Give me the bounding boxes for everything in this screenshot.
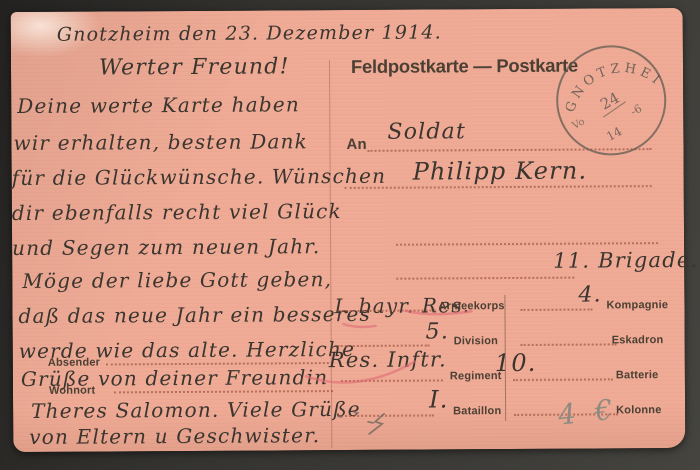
regiment-dotted-line (341, 379, 443, 382)
armeekorps-label: Armeekorps (438, 301, 504, 312)
postmark-day: 24 (597, 89, 622, 114)
message-line: wir erhalten, besten Dank (13, 131, 308, 153)
scan-background: Gnotzheim den 23. Dezember 1914. Werter … (0, 0, 700, 470)
wohnort-dotted-line (114, 390, 333, 393)
division-value: 5. (426, 321, 450, 343)
message-line: und Segen zum neuen Jahr. (12, 236, 320, 258)
eskadron-dotted-line (521, 343, 617, 346)
batterie-dotted-line (513, 378, 613, 381)
wohnort-label: Wohnort (49, 386, 95, 397)
postmark-ring (538, 27, 684, 173)
address-recipient-rank: Soldat (387, 121, 466, 143)
message-line: daß das neue Jahr ein besseres (18, 304, 371, 326)
absender-label: Absender (48, 358, 100, 369)
postmark-left-text: Vo (570, 116, 587, 132)
regiment-value: Res. Inftr. (329, 349, 447, 371)
message-line: Deine werte Karte haben (17, 94, 300, 116)
pencil-price-note: 4 € (557, 395, 619, 429)
message-line: Theres Salomon. Viele Grüße (31, 399, 361, 421)
address-dotted-line-4 (396, 277, 574, 280)
kompagnie-value: 4. (578, 284, 602, 306)
message-line: von Eltern u Geschwister. (29, 425, 320, 447)
address-dotted-line-3 (396, 242, 658, 246)
kompagnie-label: Kompagnie (606, 300, 668, 311)
an-label: An (346, 137, 366, 152)
postcard: Gnotzheim den 23. Dezember 1914. Werter … (11, 8, 686, 452)
bataillon-label: Bataillon (453, 406, 501, 417)
address-dotted-line-1 (368, 148, 652, 152)
brigade-handwriting: 11. Brigade. (553, 250, 698, 272)
address-recipient-name: Philipp Kern. (413, 159, 588, 184)
regiment-number: 10. (495, 351, 537, 375)
card-title: Feldpostkarte — Postkarte (351, 57, 578, 77)
address-dotted-line-2 (345, 185, 652, 189)
message-line: dir ebenfalls recht viel Glück (12, 201, 342, 223)
kolonne-label: Kolonne (616, 405, 661, 416)
message-line: Werter Freund! (99, 56, 290, 79)
bataillon-value: I. (429, 387, 449, 411)
batterie-label: Batterie (616, 370, 659, 381)
message-line: Gnotzheim den 23. Dezember 1914. (57, 23, 442, 44)
postmark-time: -6 (628, 102, 644, 119)
eskadron-label: Eskadron (612, 335, 664, 346)
kompagnie-dotted-line (520, 309, 592, 311)
message-line: Möge der liebe Gott geben, (22, 269, 332, 291)
division-label: Division (454, 336, 498, 347)
bataillon-dotted-line (338, 414, 434, 417)
postmark-year: 14 (604, 124, 624, 144)
